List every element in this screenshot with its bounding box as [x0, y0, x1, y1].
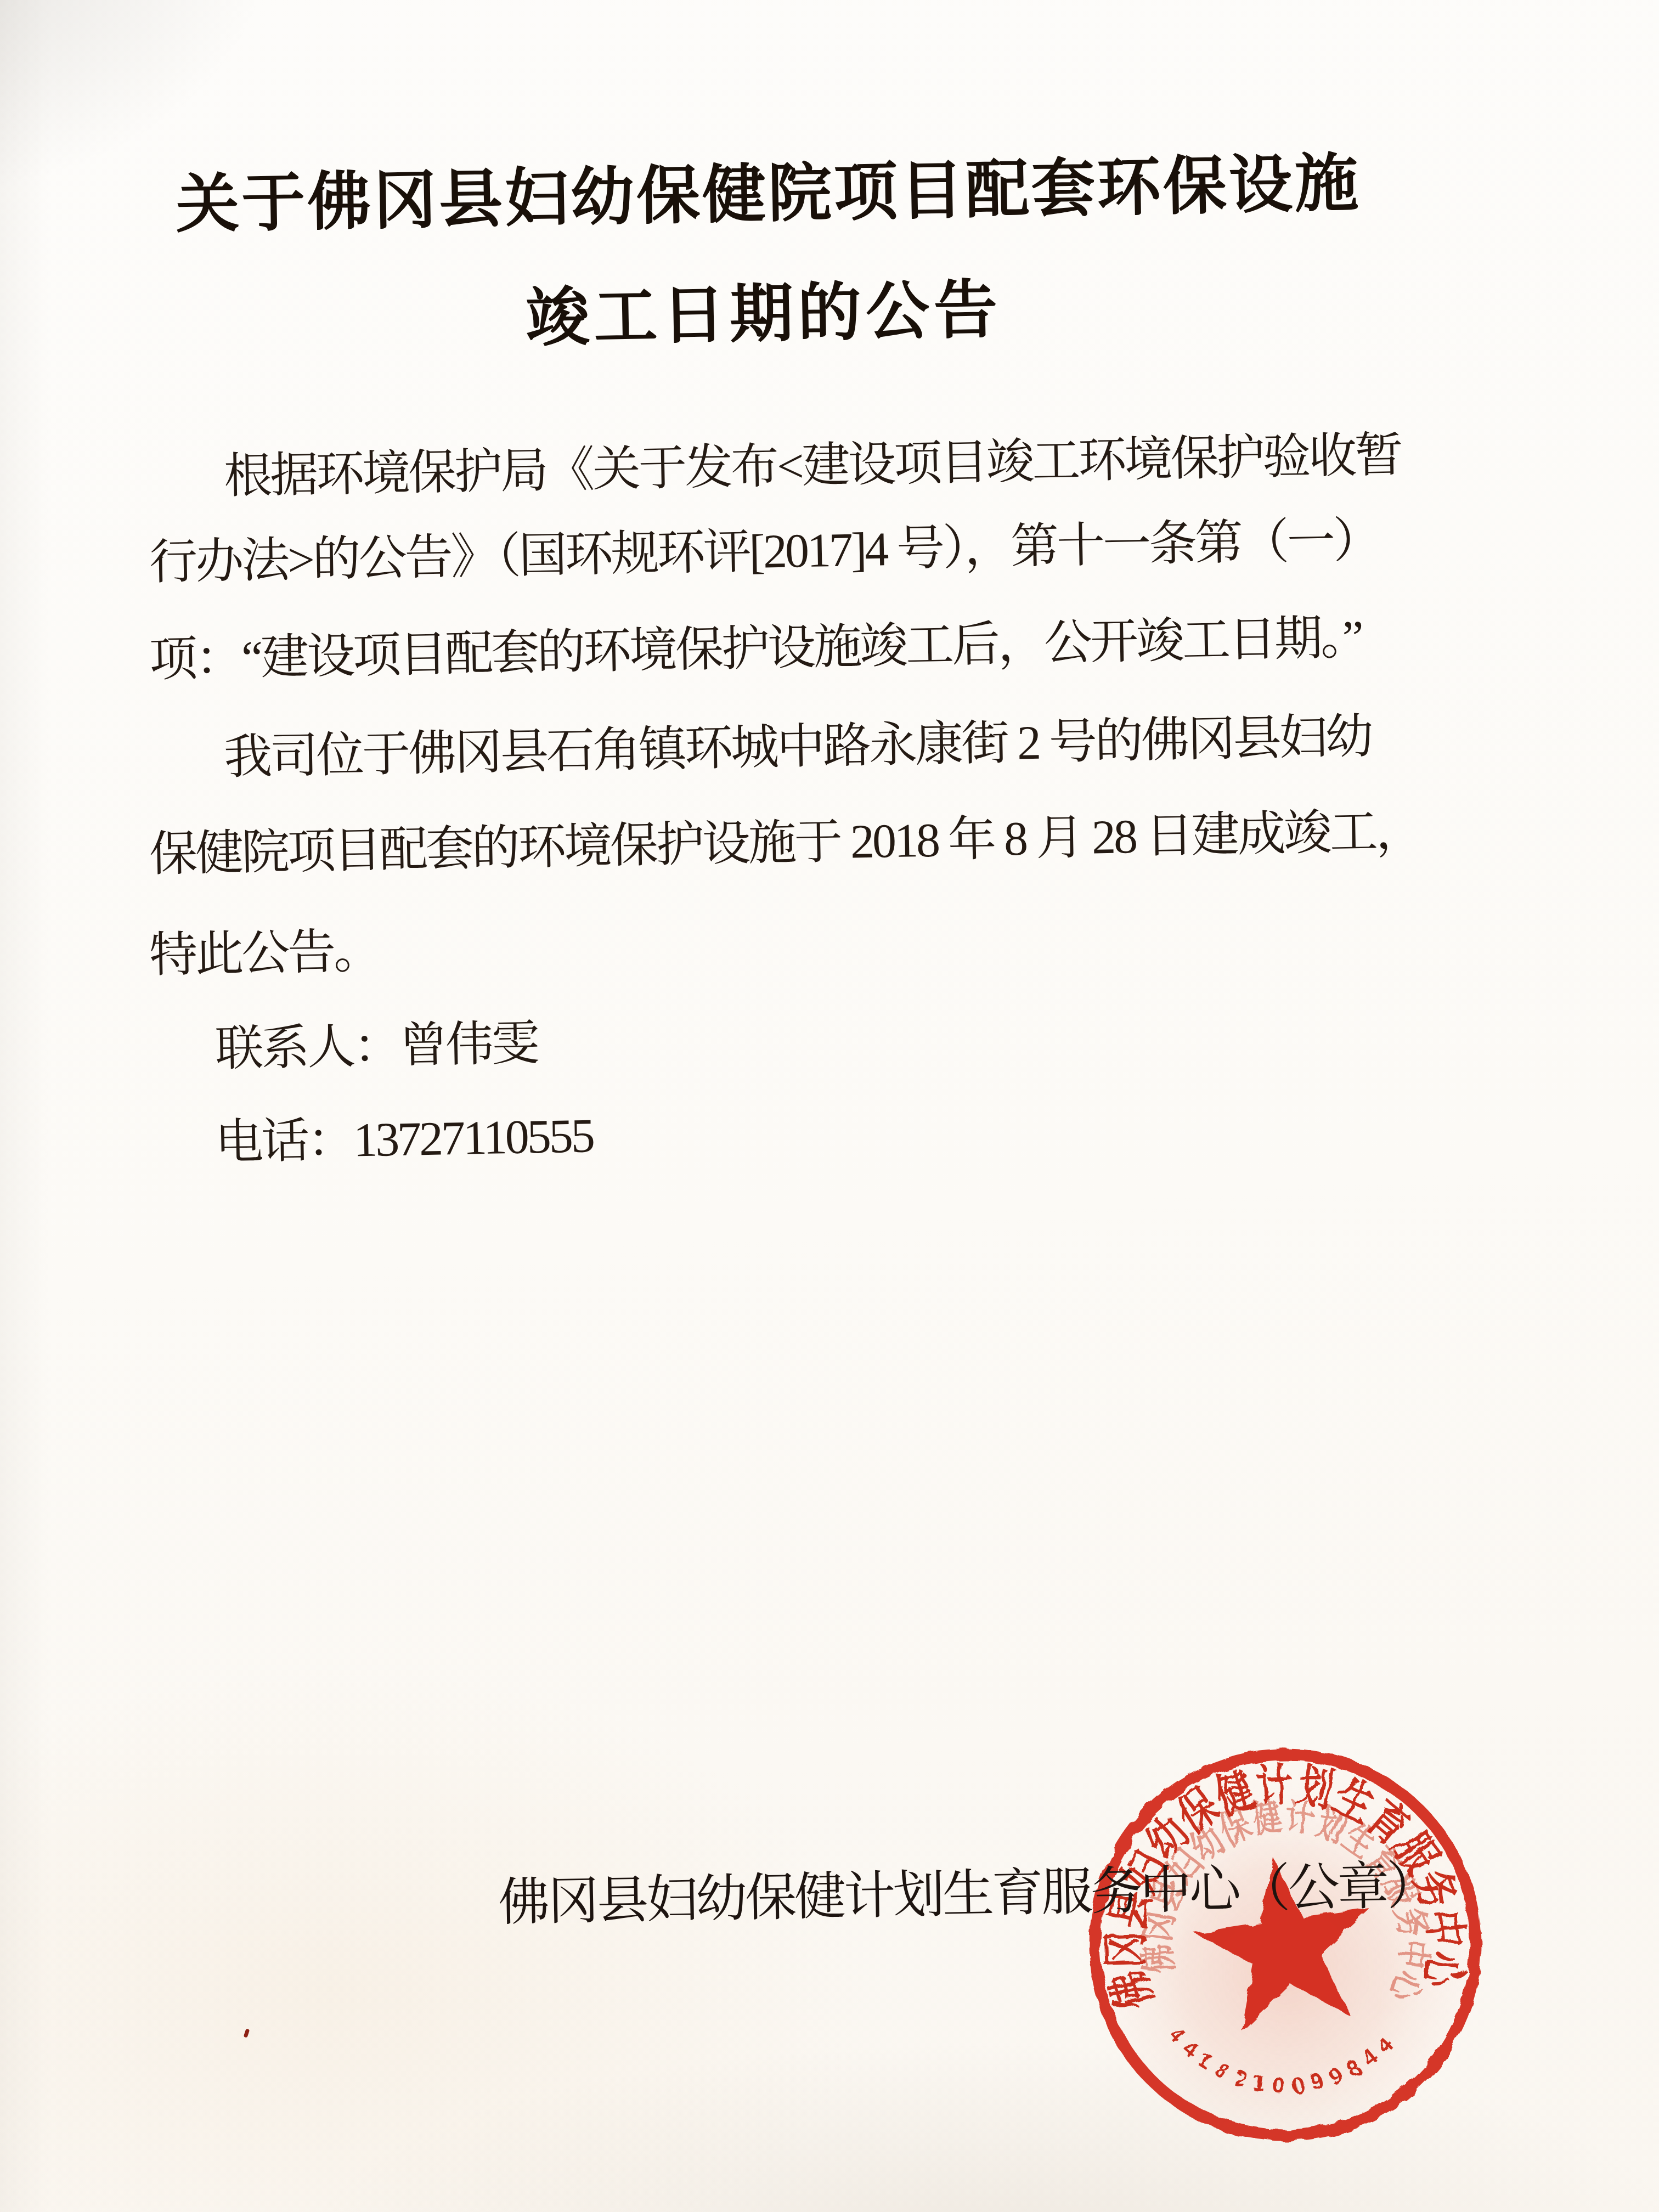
paragraph-1-line-2: 行办法>的公告》（国环规环评[2017]4 号），第十一条第（一） — [149, 501, 1380, 593]
document-title-line-2: 竣工日期的公告 — [524, 258, 1002, 359]
red-ink-speck — [244, 2028, 250, 2038]
official-seal-stamp: 佛冈县妇幼保健计划生育服务中心 佛冈县妇幼保健计划生育服务中心 44182100… — [1074, 1734, 1497, 2156]
paragraph-1-line-1: 根据环境保护局《关于发布<建设项目竣工环境保护验收暂 — [223, 416, 1402, 507]
contact-person-line: 联系人：曾伟雯 — [215, 1005, 538, 1080]
paragraph-2-line-1: 我司位于佛冈县石角镇环城中路永康街 2 号的佛冈县妇幼 — [223, 698, 1372, 788]
document-title-line-1: 关于佛冈县妇幼保健院项目配套环保设施 — [174, 132, 1361, 245]
contact-phone-line: 电话：13727110555 — [215, 1097, 594, 1173]
paragraph-2-line-2: 保健院项目配套的环境保护设施于 2018 年 8 月 28 日建成竣工， — [149, 792, 1423, 884]
announcement-document: 关于佛冈县妇幼保健院项目配套环保设施 竣工日期的公告 根据环境保护局《关于发布<… — [0, 0, 1659, 2212]
paragraph-1-line-3: 项：“建设项目配套的环境保护设施竣工后，公开竣工日期。” — [149, 599, 1362, 690]
paragraph-2-line-3: 特此公告。 — [149, 912, 380, 986]
